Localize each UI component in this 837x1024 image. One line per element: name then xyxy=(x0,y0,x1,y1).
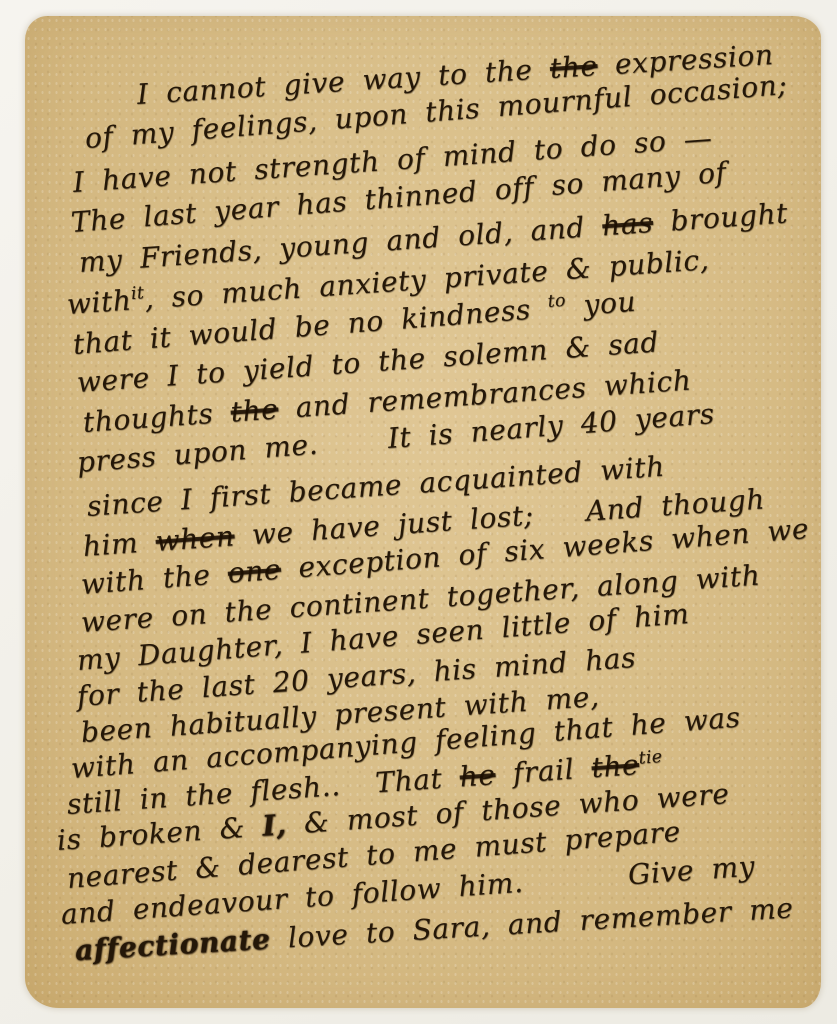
handwriting-text: with xyxy=(66,284,133,321)
handwriting-text: him xyxy=(82,525,157,563)
strikethrough-text: he xyxy=(459,758,497,793)
letter-lines: I cannot give way to the the expressiono… xyxy=(25,16,821,1008)
strikethrough-text: has xyxy=(601,206,654,242)
inserted-word: it xyxy=(130,283,145,304)
inserted-word: to xyxy=(547,291,567,312)
strikethrough-text: the xyxy=(590,748,640,784)
strikethrough-text: the xyxy=(230,392,280,428)
handwriting-text: frail xyxy=(494,751,592,791)
strikethrough-text: the xyxy=(549,49,599,85)
handwriting-text: thoughts xyxy=(82,396,232,439)
strikethrough-text: when xyxy=(155,519,236,557)
handwriting-text: you xyxy=(565,285,637,323)
letter-paper: I cannot give way to the the expressiono… xyxy=(25,16,821,1008)
blotted-text: I, xyxy=(261,808,287,843)
photo-mat: I cannot give way to the the expressiono… xyxy=(0,0,837,1024)
handwriting-text: with the xyxy=(80,557,229,601)
handwriting-text: brought xyxy=(652,196,789,238)
inserted-word: tie xyxy=(638,747,663,769)
strikethrough-text: one xyxy=(227,553,283,590)
blotted-text: affectionate xyxy=(74,922,271,967)
